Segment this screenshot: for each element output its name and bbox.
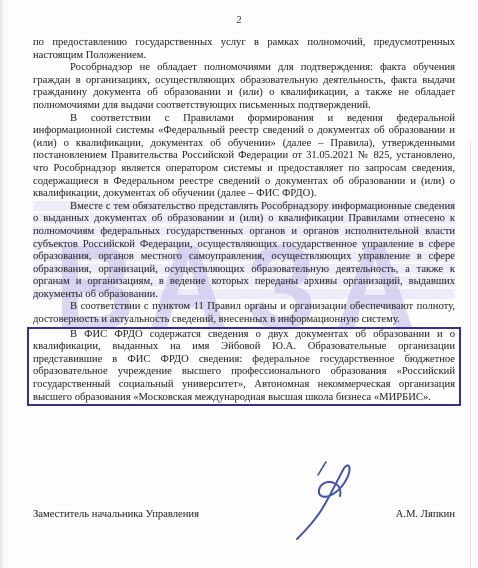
- paragraph-point-11: В соответствии с пунктом 11 Правил орган…: [33, 301, 455, 326]
- highlight-box: В ФИС ФРДО содержатся сведения о двух до…: [27, 327, 461, 407]
- signer-name: А.М. Ляпкин: [396, 509, 455, 520]
- handwritten-signature: [291, 461, 363, 543]
- signer-position: Заместитель начальника Управления: [33, 509, 199, 520]
- paragraph-obligation-watermarked: Вместе с тем обязательство представлять …: [33, 201, 455, 302]
- signature-stroke-flourish: [318, 462, 326, 475]
- signature-stroke-main: [297, 465, 350, 539]
- scan-edge-artifact-right: [470, 140, 471, 568]
- boxed-paragraph-fis-frdo-records: В ФИС ФРДО содержатся сведения о двух до…: [33, 329, 455, 405]
- document-page: 2 ВАЗА по предоставлению государственных…: [0, 0, 478, 568]
- document-body: по предоставлению государственных услуг …: [33, 37, 455, 406]
- paragraph-carryover: по предоставлению государственных услуг …: [33, 37, 455, 62]
- paragraph-no-authority: Рособрнадзор не обладает полномочиями дл…: [33, 62, 455, 112]
- signature-block: Заместитель начальника Управления А.М. Л…: [33, 509, 455, 520]
- scan-edge-artifact-left: [0, 0, 5, 568]
- paragraph-rules-fis-frdo: В соответствии с Правилами формирования …: [33, 113, 455, 201]
- page-number: 2: [0, 14, 478, 26]
